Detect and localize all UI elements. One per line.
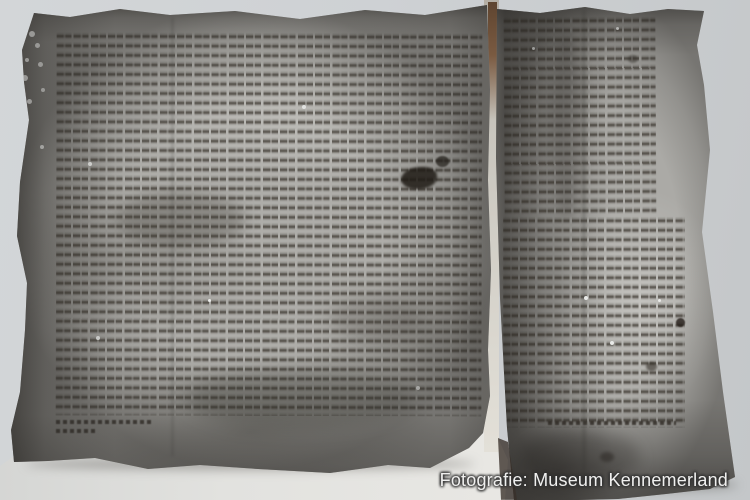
photo-medieval-charters: Fotografie: Museum Kennemerland bbox=[0, 0, 750, 500]
photo-credit-caption: Fotografie: Museum Kennemerland bbox=[440, 471, 728, 491]
